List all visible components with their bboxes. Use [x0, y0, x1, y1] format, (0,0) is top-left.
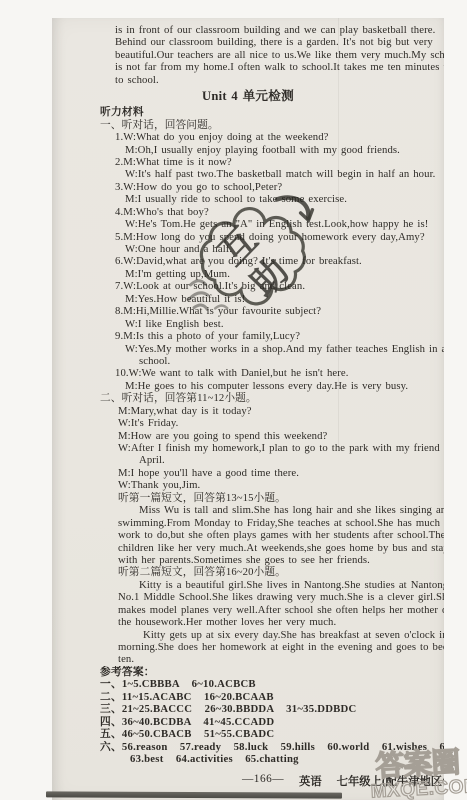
transcript-line: M:I'm getting up,Mum. [52, 268, 444, 280]
transcript-line: W:Thank you,Jim. [52, 479, 444, 491]
transcript-line: M:Yes.How beautiful it is! [52, 293, 444, 305]
transcript-line: 三、21~25.BACCC 26~30.BBDDA 31~35.DDBDC [52, 703, 444, 715]
transcript-line: W:One hour and a half. [52, 243, 444, 255]
transcript-line: April. [52, 454, 444, 466]
transcript-line: work to do,but she often plays games wit… [52, 529, 444, 541]
transcript-line: Miss Wu is tall and slim.She has long ha… [52, 504, 444, 516]
transcript-line: M:Oh,I usually enjoy playing football wi… [52, 144, 444, 156]
transcript-line: 8.M:Hi,Millie.What is your favourite sub… [52, 305, 444, 317]
transcript-line: Behind our classroom building, there is … [52, 36, 444, 48]
transcript-line: school. [52, 355, 444, 367]
transcript-line: 听力材料 [52, 106, 444, 118]
transcript-line: W:Yes.My mother works in a shop.And my f… [52, 343, 444, 355]
scanned-answer-page: { "doc": { "lines": [ {"t":"is in front … [0, 0, 467, 800]
transcript-line: 7.W:Look at our school.It's big and clea… [52, 280, 444, 292]
transcript-line: No.1 Middle School.She likes drawing ver… [52, 591, 444, 603]
transcript-line: M:I usually ride to school to take some … [52, 193, 444, 205]
transcript-line: morning.She does her homework at eight i… [52, 641, 444, 653]
transcript-line: 5.M:How long do you spend doing your hom… [52, 231, 444, 243]
transcript-line: 四、36~40.BCDBA 41~45.CCADD [52, 716, 444, 728]
unit-heading: Unit 4 单元检测 [52, 88, 444, 104]
transcript-line: is in front of our classroom building an… [52, 24, 444, 36]
transcript-line: 10.W:We want to talk with Daniel,but he … [52, 367, 444, 379]
transcript-line: M:How are you going to spend this weeken… [52, 430, 444, 442]
transcript-line: beautiful.Our teachers are all nice to u… [52, 49, 444, 61]
scan-bottom-edge [46, 791, 342, 798]
footer-edition: 七年级上(配牛津地区使用) [337, 773, 444, 789]
transcript-line: M:Mary,what day is it today? [52, 405, 444, 417]
transcript-line: 4.M:Who's that boy? [52, 206, 444, 218]
transcript-line: 9.M:Is this a photo of your family,Lucy? [52, 330, 444, 342]
transcript-line: to school. [52, 74, 444, 86]
transcript-line: 一、听对话，回答问题。 [52, 119, 444, 131]
page-footer: —166— 英语 七年级上(配牛津地区使用) [52, 773, 444, 789]
transcript-line: ten. [52, 653, 444, 665]
transcript-line: M:He goes to his computer lessons every … [52, 380, 444, 392]
transcript-line: is not far from my home.I often walk to … [52, 61, 444, 73]
transcript-line: makes model planes very well.After schoo… [52, 604, 444, 616]
transcript-line: swimming.From Monday to Friday,She teach… [52, 517, 444, 529]
transcript-line: 2.M:What time is it now? [52, 156, 444, 168]
transcript-line: with her parents.Sometimes she goes to s… [52, 554, 444, 566]
transcript-line: 二、听对话，回答第11~12小题。 [52, 392, 444, 404]
transcript-line: 一、1~5.CBBBA 6~10.ACBCB [52, 678, 444, 690]
transcript-content: is in front of our classroom building an… [52, 24, 444, 765]
transcript-line: 五、46~50.CBACB 51~55.CBADC [52, 728, 444, 740]
transcript-line: 参考答案： [52, 666, 444, 678]
footer-subject: 英语 [299, 773, 322, 789]
transcript-line: W:It's Friday. [52, 417, 444, 429]
transcript-line: 听第二篇短文，回答第16~20小题。 [52, 566, 444, 578]
transcript-line: W:I like English best. [52, 318, 444, 330]
scanned-page: is in front of our classroom building an… [52, 18, 444, 800]
transcript-line: 二、11~15.ACABC 16~20.BCAAB [52, 691, 444, 703]
transcript-line: 63.best 64.activities 65.chatting [52, 753, 444, 765]
transcript-line: 六、56.reason 57.ready 58.luck 59.hills 60… [52, 741, 444, 753]
transcript-line: 6.W:David,what are you doing? It's time … [52, 255, 444, 267]
transcript-line: 3.W:How do you go to school,Peter? [52, 181, 444, 193]
transcript-line: M:I hope you'll have a good time there. [52, 467, 444, 479]
transcript-line: W:It's half past two.The basketball matc… [52, 168, 444, 180]
transcript-line: W:He's Tom.He gets an "A" in English tes… [52, 218, 444, 230]
transcript-line: children like her very much.At weekends,… [52, 542, 444, 554]
page-number: —166— [242, 773, 284, 789]
transcript-line: the housework.Her mother loves her very … [52, 616, 444, 628]
transcript-line: 听第一篇短文，回答第13~15小题。 [52, 492, 444, 504]
transcript-line: 1.W:What do you enjoy doing at the weeke… [52, 131, 444, 143]
transcript-line: Kitty is a beautiful girl.She lives in N… [52, 579, 444, 591]
transcript-line: Kitty gets up at six every day.She has b… [52, 629, 444, 641]
transcript-line: W:After I finish my homework,I plan to g… [52, 442, 444, 454]
